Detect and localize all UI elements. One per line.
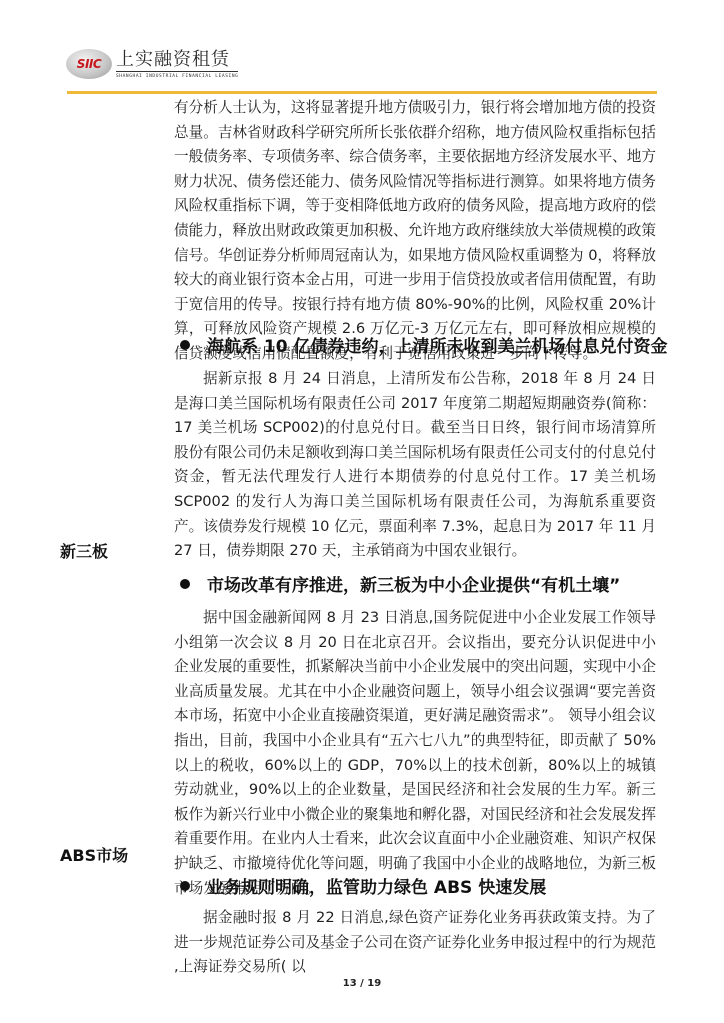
logo-english-name: SHANGHAI INDUSTRIAL FINANCIAL LEASING [116,74,238,79]
company-logo: SIIC 上实融资租赁 SHANGHAI INDUSTRIAL FINANCIA… [66,46,238,82]
bullet-icon [180,579,190,589]
paragraph-abs: 据金融时报 8 月 22 日消息,绿色资产证券化业务再获政策支持。为了进一步规范… [174,906,656,980]
bullet-heading-abs: 业务规则明确，监管助力绿色 ABS 快速发展 [180,873,546,898]
continued-paragraph: 有分析人士认为，这将显著提升地方债吸引力，银行将会增加地方债的投资总量。吉林省财… [174,96,656,367]
page-number: 13 / 19 [0,978,724,989]
bullet-icon [180,881,190,891]
section-title-abs: ABS市场 [60,843,128,866]
section-title-neeq: 新三板 [60,539,108,562]
bullet-heading-hna-default: 海航系 10 亿债券违约，上清所未收到美兰机场付息兑付资金 [180,332,668,357]
paragraph-hna-default: 据新京报 8 月 24 日消息，上清所发布公告称，2018 年 8 月 24 日… [174,367,656,564]
logo-wordmark: 上实融资租赁 SHANGHAI INDUSTRIAL FINANCIAL LEA… [116,50,238,79]
logo-chinese-name: 上实融资租赁 [116,50,238,72]
paragraph-neeq: 据中国金融新闻网 8 月 23 日消息,国务院促进中小企业发展工作领导小组第一次… [174,606,656,901]
header-divider [67,91,657,94]
bullet-heading-neeq: 市场改革有序推进，新三板为中小企业提供“有机土壤” [180,571,620,596]
siic-badge-icon: SIIC [66,49,112,79]
bullet-icon [180,340,190,350]
